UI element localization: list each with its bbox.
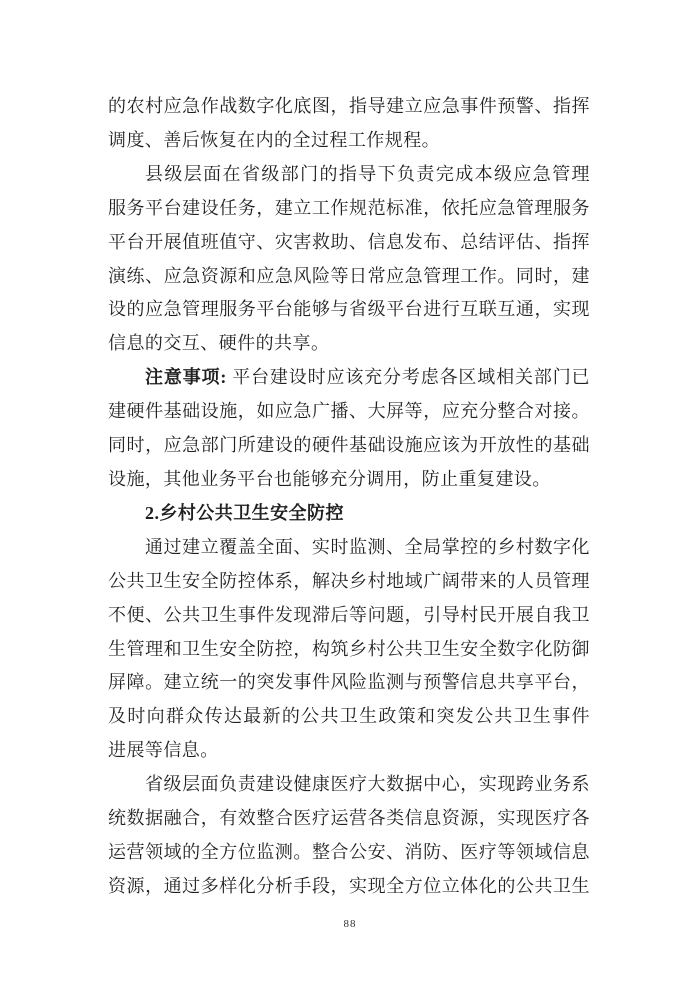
text-line: 演练、应急资源和应急风险等日常应急管理工作。同时，建 <box>108 260 590 294</box>
text-line: 生管理和卫生安全防控，构筑乡村公共卫生安全数字化防御 <box>108 633 590 667</box>
text-line: 通过建立覆盖全面、实时监测、全局掌控的乡村数字化 <box>108 531 590 565</box>
text-line: 调度、善后恢复在内的全过程工作规程。 <box>108 124 590 158</box>
text-line: 信息的交互、硬件的共享。 <box>108 327 590 361</box>
text-line: 的农村应急作战数字化底图，指导建立应急事件预警、指挥 <box>108 90 590 124</box>
text-line: 不便、公共卫生事件发现滞后等问题，引导村民开展自我卫 <box>108 599 590 633</box>
page-footer: 88 <box>0 914 700 932</box>
text-line: 建硬件基础设施，如应急广播、大屏等，应充分整合对接。 <box>108 395 590 429</box>
text-line: 县级层面在省级部门的指导下负责完成本级应急管理 <box>108 158 590 192</box>
section-heading: 2.乡村公共卫生安全防控 <box>108 497 590 531</box>
text-line: 及时向群众传达最新的公共卫生政策和突发公共卫生事件 <box>108 700 590 734</box>
note-text: 平台建设时应该充分考虑各区域相关部门已 <box>227 367 590 387</box>
text-line: 统数据融合，有效整合医疗运营各类信息资源，实现医疗各 <box>108 802 590 836</box>
text-line: 服务平台建设任务，建立工作规范标准，依托应急管理服务 <box>108 192 590 226</box>
text-line: 运营领域的全方位监测。整合公安、消防、医疗等领域信息 <box>108 836 590 870</box>
text-line: 注意事项: 平台建设时应该充分考虑各区域相关部门已 <box>108 361 590 395</box>
text-line: 省级层面负责建设健康医疗大数据中心，实现跨业务系 <box>108 768 590 802</box>
text-line: 同时，应急部门所建设的硬件基础设施应该为开放性的基础 <box>108 429 590 463</box>
text-line: 屏障。建立统一的突发事件风险监测与预警信息共享平台， <box>108 666 590 700</box>
note-label: 注意事项: <box>145 367 227 387</box>
text-line: 平台开展值班值守、灾害救助、信息发布、总结评估、指挥 <box>108 226 590 260</box>
text-line: 进展等信息。 <box>108 734 590 768</box>
text-line: 设的应急管理服务平台能够与省级平台进行互联互通，实现 <box>108 293 590 327</box>
text-line: 公共卫生安全防控体系，解决乡村地域广阔带来的人员管理 <box>108 565 590 599</box>
page-body: 的农村应急作战数字化底图，指导建立应急事件预警、指挥 调度、善后恢复在内的全过程… <box>108 90 590 904</box>
document-page: 的农村应急作战数字化底图，指导建立应急事件预警、指挥 调度、善后恢复在内的全过程… <box>0 0 700 990</box>
text-line: 设施，其他业务平台也能够充分调用，防止重复建设。 <box>108 463 590 497</box>
page-number: 88 <box>344 918 357 930</box>
text-line: 资源，通过多样化分析手段，实现全方位立体化的公共卫生 <box>108 870 590 904</box>
